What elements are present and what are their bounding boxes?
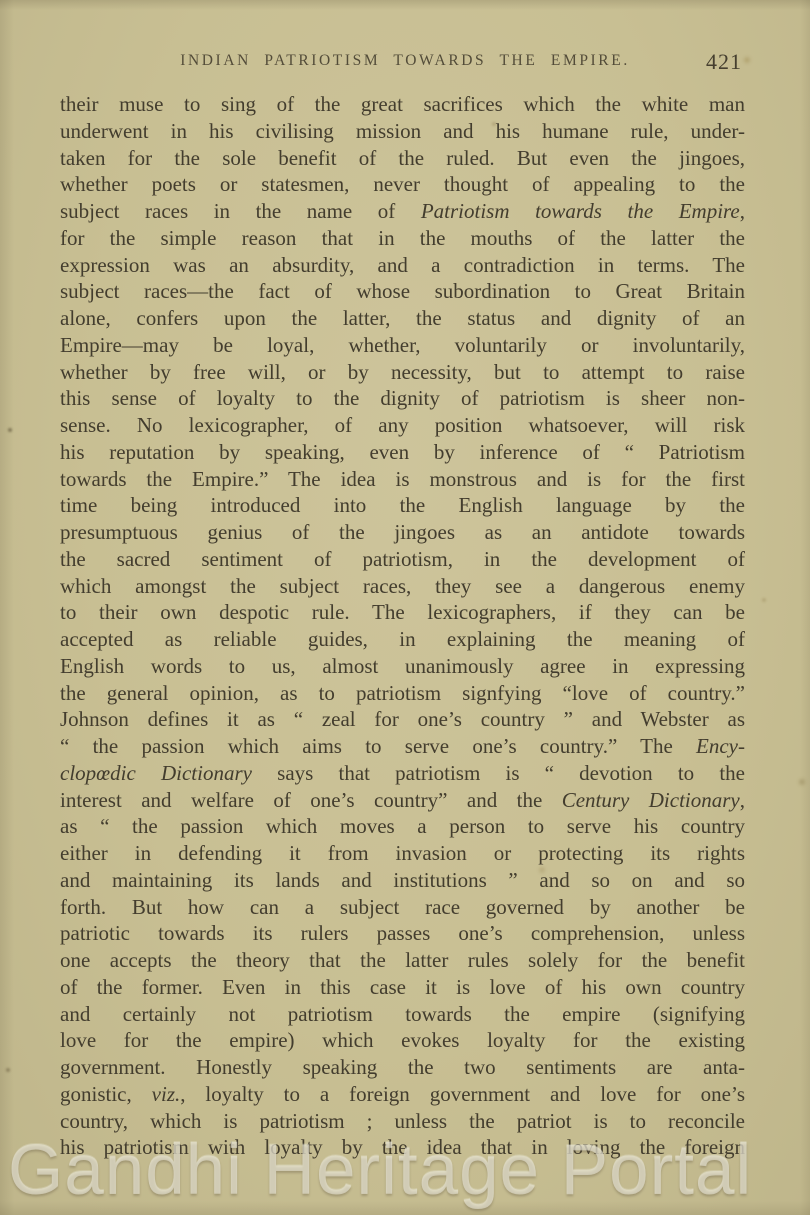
text-line: his reputation by speaking, even by infe… (60, 439, 745, 466)
text-line: interest and welfare of one’s country” a… (60, 787, 745, 814)
text-line: which amongst the subject races, they se… (60, 573, 745, 600)
text-line: towards the Empire.” The idea is monstro… (60, 466, 745, 493)
text-line: whether poets or statesmen, never though… (60, 171, 745, 198)
text-line: and certainly not patriotism towards the… (60, 1001, 745, 1028)
page-header: INDIAN PATRIOTISM TOWARDS THE EMPIRE. 42… (0, 52, 810, 76)
text-line: subject races in the name of Patriotism … (60, 198, 745, 225)
text-line: his patriotism with loyalty by the idea … (60, 1134, 745, 1161)
text-line: clopœdic Dictionary says that patriotism… (60, 760, 745, 787)
text-line: patriotic towards its rulers passes one’… (60, 920, 745, 947)
text-line: gonistic, viz., loyalty to a foreign gov… (60, 1081, 745, 1108)
text-line: taken for the sole benefit of the ruled.… (60, 145, 745, 172)
text-line: Empire—may be loyal, whether, voluntaril… (60, 332, 745, 359)
text-line: for the simple reason that in the mouths… (60, 225, 745, 252)
text-line: to their own despotic rule. The lexicogr… (60, 599, 745, 626)
text-line: government. Honestly speaking the two se… (60, 1054, 745, 1081)
text-line: love for the empire) which evokes loyalt… (60, 1027, 745, 1054)
text-line: “ the passion which aims to serve one’s … (60, 733, 745, 760)
text-line: the sacred sentiment of patriotism, in t… (60, 546, 745, 573)
text-line: subject races—the fact of whose subordin… (60, 278, 745, 305)
text-line: forth. But how can a subject race govern… (60, 894, 745, 921)
text-line: the general opinion, as to patriotism si… (60, 680, 745, 707)
text-line: their muse to sing of the great sacrific… (60, 91, 745, 118)
running-title: INDIAN PATRIOTISM TOWARDS THE EMPIRE. (180, 52, 630, 69)
text-line: presumptuous genius of the jingoes as an… (60, 519, 745, 546)
book-page: INDIAN PATRIOTISM TOWARDS THE EMPIRE. 42… (0, 0, 810, 1215)
text-line: country, which is patriotism ; unless th… (60, 1108, 745, 1135)
page-body-text: their muse to sing of the great sacrific… (60, 91, 745, 1161)
text-line: of the former. Even in this case it is l… (60, 974, 745, 1001)
text-line: one accepts the theory that the latter r… (60, 947, 745, 974)
text-line: time being introduced into the English l… (60, 492, 745, 519)
text-line: whether by free will, or by necessity, b… (60, 359, 745, 386)
text-line: Johnson defines it as “ zeal for one’s c… (60, 706, 745, 733)
text-line: expression was an absurdity, and a contr… (60, 252, 745, 279)
text-line: alone, confers upon the latter, the stat… (60, 305, 745, 332)
text-line: underwent in his civilising mission and … (60, 118, 745, 145)
text-line: sense. No lexicographer, of any position… (60, 412, 745, 439)
text-line: this sense of loyalty to the dignity of … (60, 385, 745, 412)
page-number: 421 (706, 49, 742, 75)
text-line: either in defending it from invasion or … (60, 840, 745, 867)
text-line: and maintaining its lands and institutio… (60, 867, 745, 894)
text-line: accepted as reliable guides, in explaini… (60, 626, 745, 653)
text-line: as “ the passion which moves a person to… (60, 813, 745, 840)
text-line: English words to us, almost unanimously … (60, 653, 745, 680)
